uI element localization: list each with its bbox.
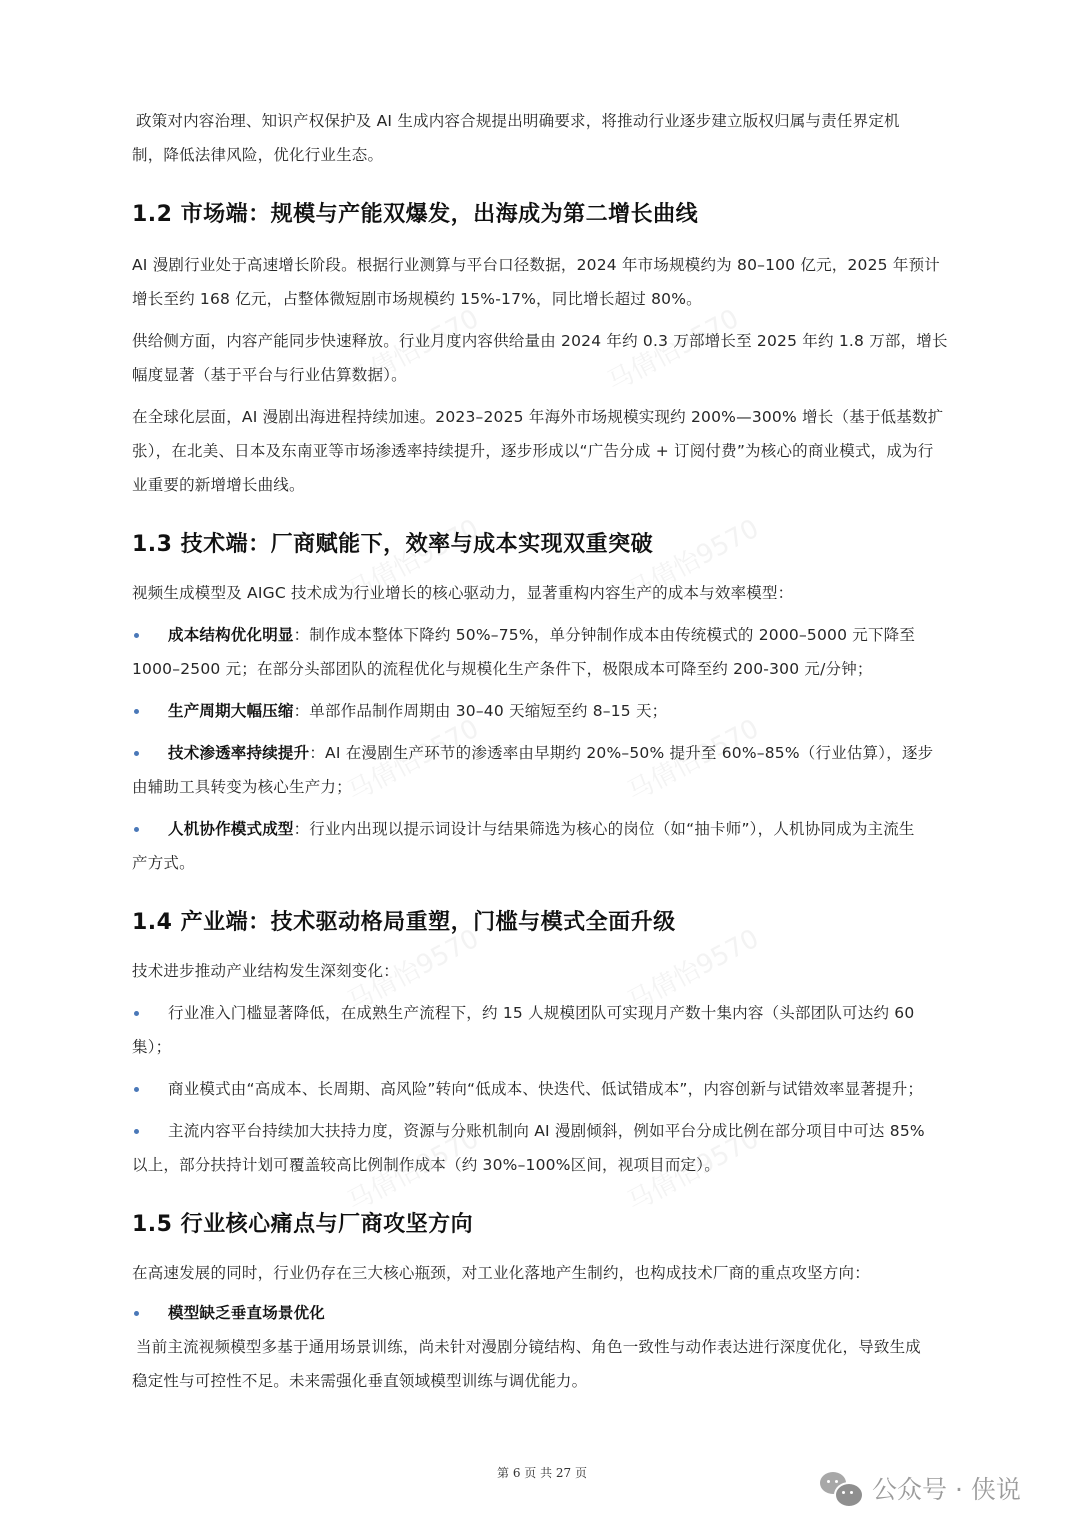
list-item: 主流内容平台持续加大扶持力度，资源与分账机制向 AI 漫剧倾斜，例如平台分成比例… xyxy=(132,1114,948,1182)
bullet-continuation: 以上，部分扶持计划可覆盖较高比例制作成本（约 30%–100%区间，视项目而定）… xyxy=(132,1148,948,1182)
bullet-title: 技术渗透率持续提升 xyxy=(168,744,309,762)
section-heading-1-2: 1.2 市场端：规模与产能双爆发，出海成为第二增长曲线 xyxy=(132,198,948,232)
brand-watermark: 公众号 · 侠说 xyxy=(820,1470,1021,1506)
bullet-icon xyxy=(132,736,168,770)
paragraph: 在全球化层面，AI 漫剧出海进程持续加速。2023–2025 年海外市场规模实现… xyxy=(132,400,948,502)
page-indicator: 第 6 页 共 27 页 xyxy=(497,1464,587,1481)
bullet-title: 模型缺乏垂直场景优化 xyxy=(168,1304,325,1322)
bullet-continuation: 由辅助工具转变为核心生产力； xyxy=(132,770,948,804)
detail-line-1: 当前主流视频模型多基于通用场景训练，尚未针对漫剧分镜结构、角色一致性与动作表达进… xyxy=(132,1330,948,1364)
list-item: 模型缺乏垂直场景优化 xyxy=(132,1296,948,1330)
intro-line-1: 政策对内容治理、知识产权保护及 AI 生成内容合规提出明确要求，将推动行业逐步建… xyxy=(132,104,948,138)
bullet-text: ：制作成本整体下降约 50%–75%，单分钟制作成本由传统模式的 2000–50… xyxy=(294,626,915,644)
page-content: 政策对内容治理、知识产权保护及 AI 生成内容合规提出明确要求，将推动行业逐步建… xyxy=(132,104,948,1398)
list-item: 人机协作模式成型：行业内出现以提示词设计与结果筛选为核心的岗位（如“抽卡师”），… xyxy=(132,812,948,880)
bullet-icon xyxy=(132,996,168,1030)
bullet-text: 主流内容平台持续加大扶持力度，资源与分账机制向 AI 漫剧倾斜，例如平台分成比例… xyxy=(168,1114,925,1148)
brand-text: 公众号 · 侠说 xyxy=(872,1470,1021,1506)
section-lead: 视频生成模型及 AIGC 技术成为行业增长的核心驱动力，显著重构内容生产的成本与… xyxy=(132,576,948,610)
bullet-text: ：AI 在漫剧生产环节的渗透率由早期约 20%–50% 提升至 60%–85%（… xyxy=(309,744,933,762)
bullet-text: ：行业内出现以提示词设计与结果筛选为核心的岗位（如“抽卡师”），人机协同成为主流… xyxy=(294,820,915,838)
section-lead: 技术进步推动产业结构发生深刻变化： xyxy=(132,954,948,988)
bullet-icon xyxy=(132,1296,168,1330)
section-heading-1-4: 1.4 产业端：技术驱动格局重塑，门槛与模式全面升级 xyxy=(132,906,948,940)
section-lead: 在高速发展的同时，行业仍存在三大核心瓶颈，对工业化落地产生制约，也构成技术厂商的… xyxy=(132,1256,948,1290)
bullet-icon xyxy=(132,812,168,846)
list-item: 商业模式由“高成本、长周期、高风险”转向“低成本、快迭代、低试错成本”，内容创新… xyxy=(132,1072,948,1106)
paragraph: AI 漫剧行业处于高速增长阶段。根据行业测算与平台口径数据，2024 年市场规模… xyxy=(132,248,948,316)
list-item: 生产周期大幅压缩：单部作品制作周期由 30–40 天缩短至约 8–15 天； xyxy=(132,694,948,728)
paragraph: 供给侧方面，内容产能同步快速释放。行业月度内容供给量由 2024 年约 0.3 … xyxy=(132,324,948,392)
bullet-title: 人机协作模式成型 xyxy=(168,820,294,838)
intro-line-2: 制，降低法律风险，优化行业生态。 xyxy=(132,138,948,172)
bullet-continuation: 产方式。 xyxy=(132,846,948,880)
bullet-icon xyxy=(132,618,168,652)
bullet-text: ：单部作品制作周期由 30–40 天缩短至约 8–15 天； xyxy=(294,702,668,720)
bullet-icon xyxy=(132,1072,168,1106)
detail-line-2: 稳定性与可控性不足。未来需强化垂直领域模型训练与调优能力。 xyxy=(132,1364,948,1398)
list-item: 成本结构优化明显：制作成本整体下降约 50%–75%，单分钟制作成本由传统模式的… xyxy=(132,618,948,686)
bullet-icon xyxy=(132,694,168,728)
bullet-continuation: 1000–2500 元；在部分头部团队的流程优化与规模化生产条件下，极限成本可降… xyxy=(132,652,948,686)
document-page: 马倩怡9570 马倩怡9570 马倩怡9570 马倩怡9570 马倩怡9570 … xyxy=(0,0,1080,1536)
bullet-icon xyxy=(132,1114,168,1148)
wechat-icon xyxy=(820,1470,864,1506)
bullet-text: 行业准入门槛显著降低，在成熟生产流程下，约 15 人规模团队可实现月产数十集内容… xyxy=(168,996,914,1030)
bullet-text: 商业模式由“高成本、长周期、高风险”转向“低成本、快迭代、低试错成本”，内容创新… xyxy=(168,1072,923,1106)
list-item: 技术渗透率持续提升：AI 在漫剧生产环节的渗透率由早期约 20%–50% 提升至… xyxy=(132,736,948,804)
section-heading-1-3: 1.3 技术端：厂商赋能下，效率与成本实现双重突破 xyxy=(132,528,948,562)
list-item: 行业准入门槛显著降低，在成熟生产流程下，约 15 人规模团队可实现月产数十集内容… xyxy=(132,996,948,1064)
bullet-title: 生产周期大幅压缩 xyxy=(168,702,294,720)
section-heading-1-5: 1.5 行业核心痛点与厂商攻坚方向 xyxy=(132,1208,948,1242)
bullet-continuation: 集）； xyxy=(132,1030,948,1064)
bullet-title: 成本结构优化明显 xyxy=(168,626,294,644)
